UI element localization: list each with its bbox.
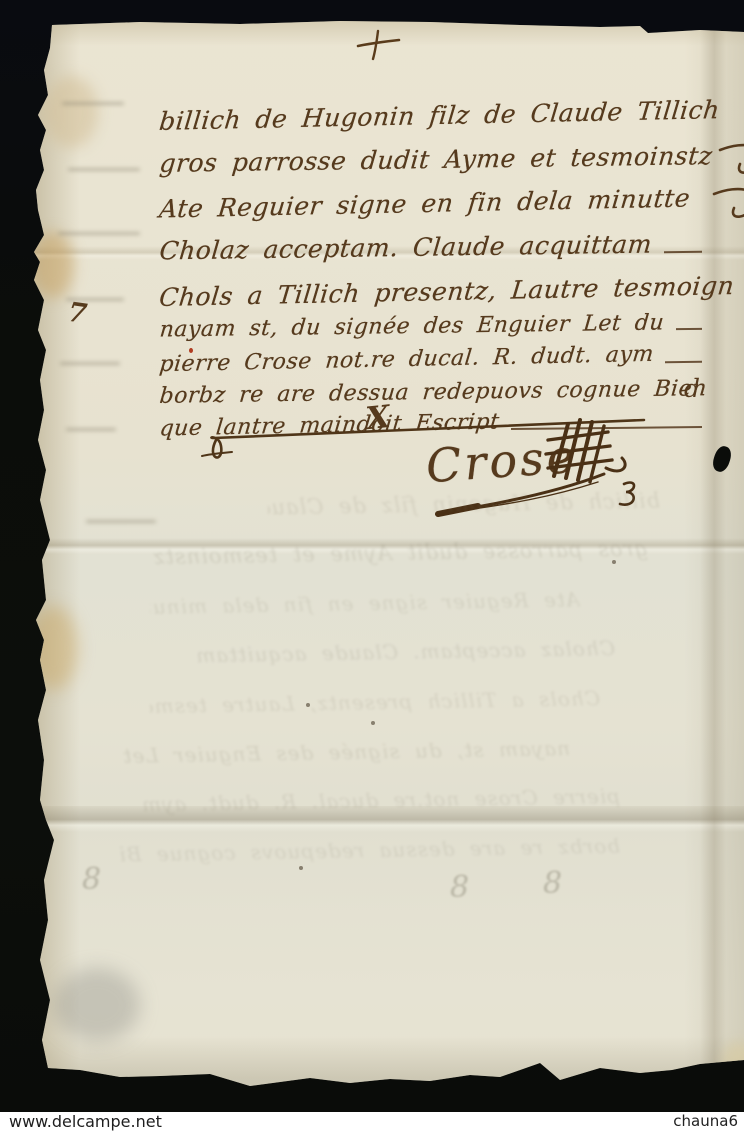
watermark-left: www.delcampe.net: [9, 1112, 162, 1131]
manuscript-line: pierre Crose not.re ducal. R. dudt. aym: [160, 339, 706, 372]
bleedthrough-dash: [60, 362, 120, 365]
manuscript-line: Cholaz acceptam. Claude acquittam: [160, 218, 706, 262]
manuscript-line: nayam st, du signée des Enguier Let du: [160, 306, 706, 339]
manuscript-line-text: gros parrosse dudit Ayme et tesmoinstz: [158, 141, 714, 178]
manuscript-text-block: billich de Hugonin filz de Claude Tillic…: [160, 86, 706, 438]
bleedthrough-line: Cholaz acceptam. Claude acquittam: [145, 636, 615, 668]
bleedthrough-dash: [66, 428, 116, 431]
attestation-x-mark: X: [364, 399, 392, 437]
paper-stain: [44, 76, 98, 148]
signature-paraph-flourish: [408, 412, 708, 542]
bleedthrough-dash: [68, 168, 140, 171]
bleedthrough-flourish: 8: [543, 866, 562, 901]
manuscript-line-text: nayam st, du signée des Enguier Let du: [159, 310, 666, 342]
bleedthrough-line: Chols a Tillich presentz, Lautre tesmoig…: [150, 686, 600, 718]
line-end-swash: [710, 182, 744, 226]
bleedthrough-flourish: 8: [82, 862, 101, 897]
manuscript-line: billich de Hugonin filz de Claude Tillic…: [160, 86, 706, 130]
bleedthrough-dash: [62, 102, 124, 105]
watermark-right: chauna6: [673, 1112, 738, 1131]
bleedthrough-dash: [58, 232, 140, 235]
line-filler-rule: [676, 328, 702, 330]
right-margin-mark: d: [684, 374, 700, 403]
watermark-bar: www.delcampe.net chauna6: [0, 1112, 744, 1131]
manuscript-line: gros parrosse dudit Ayme et tesmoinstz: [160, 130, 706, 174]
manuscript-line: Ate Reguier signe en fin dela minutte: [160, 174, 706, 218]
photo-background: 7 billich de Hugonin filz de Claude Till…: [0, 0, 744, 1131]
paper-stain: [722, 1042, 744, 1082]
bleedthrough-line: pierre Crose not.re ducal. R. dudt. aym: [140, 784, 620, 816]
bleedthrough-dash: [66, 298, 124, 301]
manuscript-line: borbz re are dessua redepuovs cognue Bie…: [160, 372, 706, 405]
bleedthrough-line: borbz re are dessua redepuovs cognue Bie…: [120, 834, 620, 867]
ink-speck: [371, 721, 375, 725]
line-filler-rule: [665, 361, 702, 363]
bleedthrough-flourish: 8: [450, 870, 469, 905]
paper-smudge: [54, 968, 140, 1042]
bleedthrough-dash: [86, 520, 156, 523]
manuscript-line-text: Cholaz acceptam. Claude acquittam: [158, 230, 653, 266]
bleedthrough-line: Ate Reguier signe en fin dela minutte: [150, 587, 580, 619]
cross-mark: [352, 27, 404, 63]
paper-stain: [30, 606, 78, 690]
bleedthrough-line: gros parrosse dudit Ayme et tesmoinstz: [128, 536, 648, 569]
manuscript-line: Chols a Tillich presentz, Lautre tesmoig…: [160, 262, 706, 306]
ink-speck: [299, 866, 303, 870]
bleedthrough-line: nayam st, du signée des Enguier Let du: [110, 736, 570, 768]
paper-tear-hole: [710, 444, 733, 474]
line-filler-rule: [664, 251, 702, 253]
margin-paraph-mark: 7: [66, 297, 89, 330]
line-end-swash: [716, 138, 744, 182]
paper-stain: [32, 232, 74, 298]
manuscript-page: 7 billich de Hugonin filz de Claude Till…: [0, 0, 744, 1131]
